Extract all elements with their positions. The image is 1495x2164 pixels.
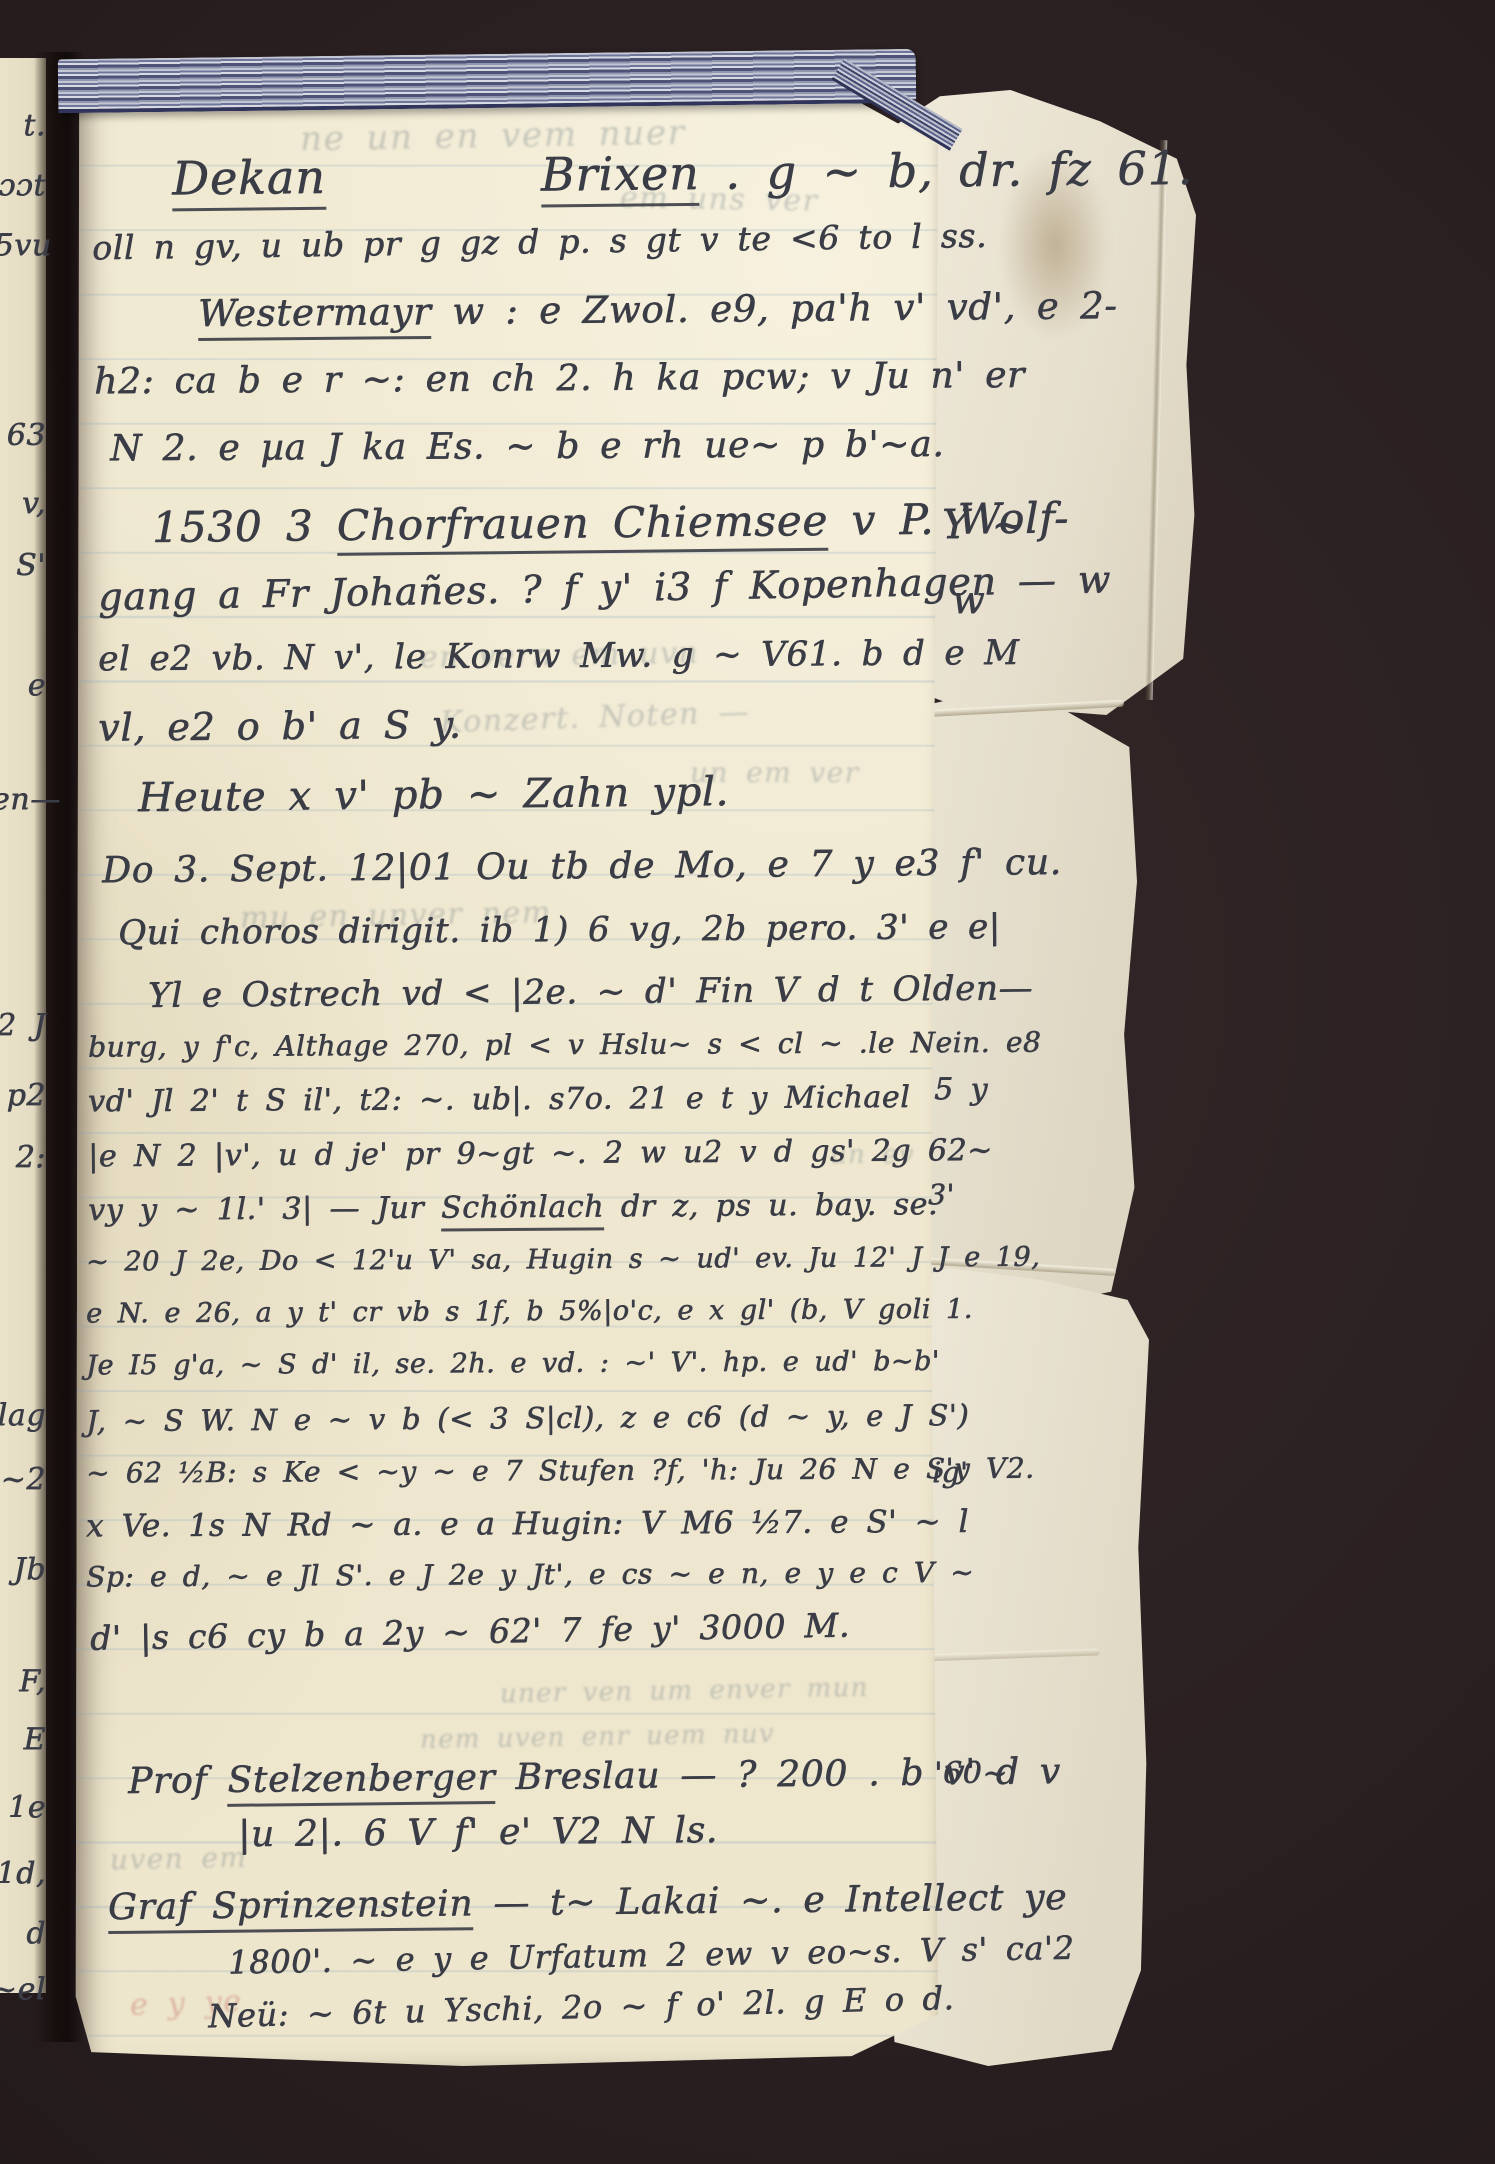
bleed-through-text: mu en unver nem — [240, 895, 552, 935]
notebook-page: ne un en vem nuerem uns veren vern em uv… — [74, 84, 938, 2066]
bleed-through-text: e y ye — [129, 1984, 243, 2023]
bleed-through-text: un ev — [830, 1140, 915, 1170]
bleed-through-text: un em ver — [690, 756, 859, 789]
bleed-through-text: em uns ver — [620, 180, 819, 218]
bleed-through-text: Konzert. Noten — — [439, 695, 750, 741]
bleed-through-text: nem uven enr uem nuv — [420, 1719, 775, 1755]
page-edge-stack — [58, 49, 917, 113]
bleed-through-text: ne un en vem nuer — [300, 113, 686, 160]
paper-stain — [1000, 150, 1110, 340]
bleed-through-text: en vern em uvn — [420, 636, 700, 676]
bleed-through-text: uner ven um enver mun — [500, 1673, 869, 1709]
bleed-through-layer: ne un en vem nuerem uns veren vern em uv… — [74, 84, 938, 2066]
notebook-photo: ne un en vem nuerem uns veren vern em uv… — [0, 0, 1495, 2164]
bleed-through-text: uven em — [110, 1841, 248, 1876]
gutter-shadow — [34, 52, 82, 2042]
